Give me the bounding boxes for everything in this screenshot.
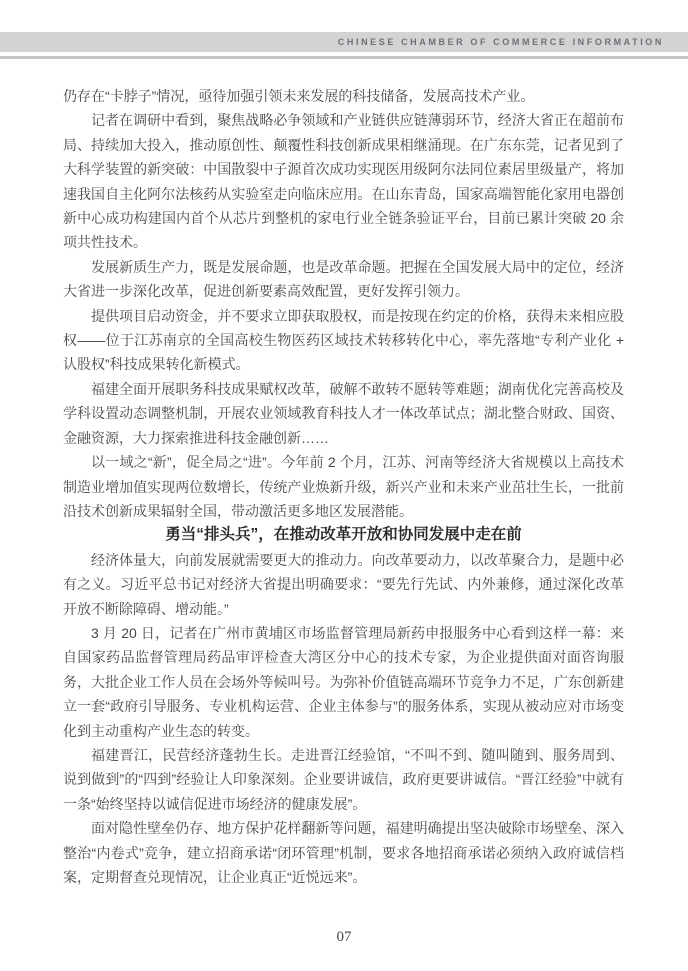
magazine-page: CHINESE CHAMBER OF COMMERCE INFORMATION … xyxy=(0,0,688,971)
paragraph: 经济体量大，向前发展就需要更大的推动力。向改革要动力，以改革聚合力，是题中必有之… xyxy=(63,548,624,621)
paragraph: 以一域之“新”，促全局之“进”。今年前 2 个月，江苏、河南等经济大省规模以上高… xyxy=(63,450,624,523)
paragraph: 发展新质生产力，既是发展命题，也是改革命题。把握在全国发展大局中的定位，经济大省… xyxy=(63,255,624,304)
paragraph: 3 月 20 日，记者在广州市黄埔区市场监督管理局新药申报服务中心看到这样一幕：… xyxy=(63,621,624,743)
header-divider xyxy=(0,56,688,59)
page-number: 07 xyxy=(0,929,688,946)
paragraph-continuation: 仍存在“卡脖子”情况，亟待加强引领未来发展的科技储备，发展高技术产业。 xyxy=(63,84,624,108)
paragraph: 福建晋江，民营经济蓬勃生长。走进晋江经验馆，“不叫不到、随叫随到、服务周到、说到… xyxy=(63,743,624,816)
paragraph: 提供项目启动资金，并不要求立即获取股权，而是按现在约定的价格，获得未来相应股权—… xyxy=(63,304,624,377)
section-heading: 勇当“排头兵”，在推动改革开放和协同发展中走在前 xyxy=(63,523,624,547)
paragraph: 记者在调研中看到，聚焦战略必争领域和产业链供应链薄弱环节，经济大省正在超前布局、… xyxy=(63,108,624,254)
paragraph: 福建全面开展职务科技成果赋权改革，破解不敢转不愿转等难题；湖南优化完善高校及学科… xyxy=(63,377,624,450)
header-title: CHINESE CHAMBER OF COMMERCE INFORMATION xyxy=(338,37,664,47)
paragraph: 面对隐性壁垒仍存、地方保护花样翻新等问题，福建明确提出坚决破除市场壁垒、深入整治… xyxy=(63,816,624,889)
page-header-bar: CHINESE CHAMBER OF COMMERCE INFORMATION xyxy=(0,32,688,52)
article-body: 仍存在“卡脖子”情况，亟待加强引领未来发展的科技储备，发展高技术产业。 记者在调… xyxy=(63,84,624,889)
